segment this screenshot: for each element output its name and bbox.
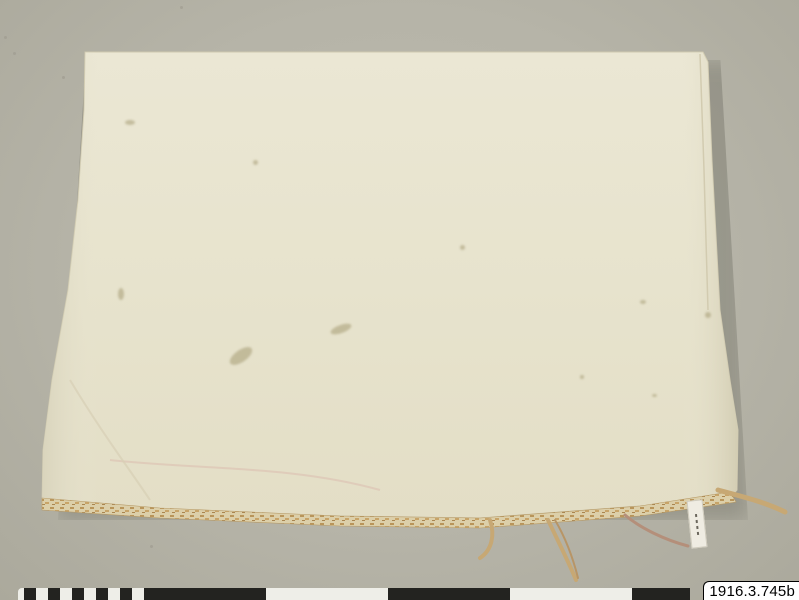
- tag-mark: [696, 519, 698, 522]
- stain-spot: [125, 120, 135, 125]
- scale-segment-light: [266, 588, 388, 600]
- stain-spot: [705, 312, 711, 318]
- scale-segment-light: [510, 588, 632, 600]
- scale-segment-dark: [632, 588, 690, 600]
- scale-segment-light: [60, 588, 72, 600]
- stain-spot: [460, 245, 465, 250]
- scale-segment-light: [108, 588, 120, 600]
- tag-mark: [695, 513, 697, 516]
- scale-segment-dark: [388, 588, 510, 600]
- tie-string: [548, 520, 576, 580]
- scale-segment-dark: [144, 588, 266, 600]
- scale-segment-dark: [96, 588, 108, 600]
- textile-body: [40, 50, 799, 590]
- tag-mark: [696, 525, 698, 528]
- stain-spot: [253, 160, 258, 165]
- catalog-number-label: 1916.3.745b: [703, 581, 799, 600]
- scale-segment-dark: [24, 588, 36, 600]
- backdrop-speck: [4, 36, 7, 39]
- tie-string: [555, 520, 578, 578]
- scale-segment-light: [36, 588, 48, 600]
- scale-segment-light: [132, 588, 144, 600]
- scale-segment-dark: [72, 588, 84, 600]
- scale-segment-light: [84, 588, 96, 600]
- fabric-edge-shading: [42, 52, 738, 518]
- backdrop-speck: [13, 52, 16, 55]
- stain-spot: [652, 394, 657, 397]
- scale-segment-dark: [48, 588, 60, 600]
- backdrop-speck: [180, 6, 183, 9]
- tag-mark: [697, 531, 699, 534]
- scale-bar: [18, 588, 718, 600]
- scale-segment-dark: [120, 588, 132, 600]
- tie-string: [625, 515, 688, 546]
- textile-object: [40, 50, 740, 520]
- stain-spot: [580, 375, 584, 379]
- stain-spot: [640, 300, 646, 304]
- stain-spot: [118, 288, 124, 300]
